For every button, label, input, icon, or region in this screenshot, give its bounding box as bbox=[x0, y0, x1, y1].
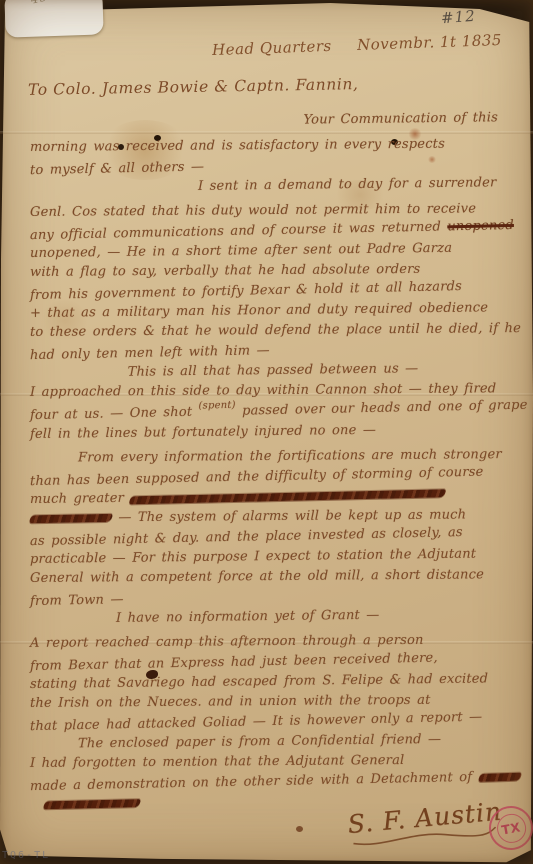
ink-scribble bbox=[129, 489, 446, 504]
letter-text: I had forgotten to mention that the Adju… bbox=[30, 753, 404, 771]
letter-text: four at us. — One shot bbox=[30, 405, 199, 424]
letter-text: passed over our heads and one of grape bbox=[236, 398, 528, 419]
footer-edge-mark: TQ6-TL bbox=[2, 850, 50, 861]
letter-text: This is all that has passed between us — bbox=[128, 361, 419, 380]
letter-text: morning was received and is satisfactory… bbox=[30, 137, 445, 155]
page-number-annotation: #12 bbox=[440, 7, 476, 27]
letter-line: I sent in a demand to day for a surrende… bbox=[198, 173, 516, 197]
ink-scribble bbox=[29, 513, 113, 523]
archive-label-number: 4572 bbox=[29, 0, 66, 7]
inserted-text: (spent) bbox=[198, 400, 235, 412]
strikethrough-text: unopened bbox=[447, 218, 514, 234]
ink-scribble bbox=[43, 799, 141, 809]
tx-stamp-text: TX bbox=[494, 811, 528, 845]
letter-body: Your Communication of thismorning was re… bbox=[30, 108, 516, 815]
letter-text: I sent in a demand to day for a surrende… bbox=[198, 175, 496, 194]
letter-text: I have no information yet of Grant — bbox=[116, 608, 380, 626]
letter-text: to myself & all others — bbox=[30, 159, 204, 178]
letter-text: A report reached camp this afternoon thr… bbox=[30, 633, 424, 651]
letter-text: much greater bbox=[30, 491, 130, 507]
letter-text: — The system of alarms will be kept up a… bbox=[112, 507, 466, 525]
letter-text: Genl. Cos stated that his duty would not… bbox=[30, 201, 476, 220]
letter-text: with a flag to say, verbally that he had… bbox=[30, 262, 421, 280]
archive-label: 4572 bbox=[4, 0, 103, 38]
letter-text: the Irish on the Nueces. and in union wi… bbox=[30, 693, 431, 711]
letter-text: from Town — bbox=[30, 592, 124, 609]
letter-text: Your Communication of this bbox=[304, 110, 498, 127]
ink-scribble bbox=[478, 772, 522, 781]
letter-text: had only ten men left with him — bbox=[30, 343, 270, 363]
scanned-letter: 4572 #12 Head Quarters Novembr. 1t 1835 … bbox=[0, 0, 533, 864]
